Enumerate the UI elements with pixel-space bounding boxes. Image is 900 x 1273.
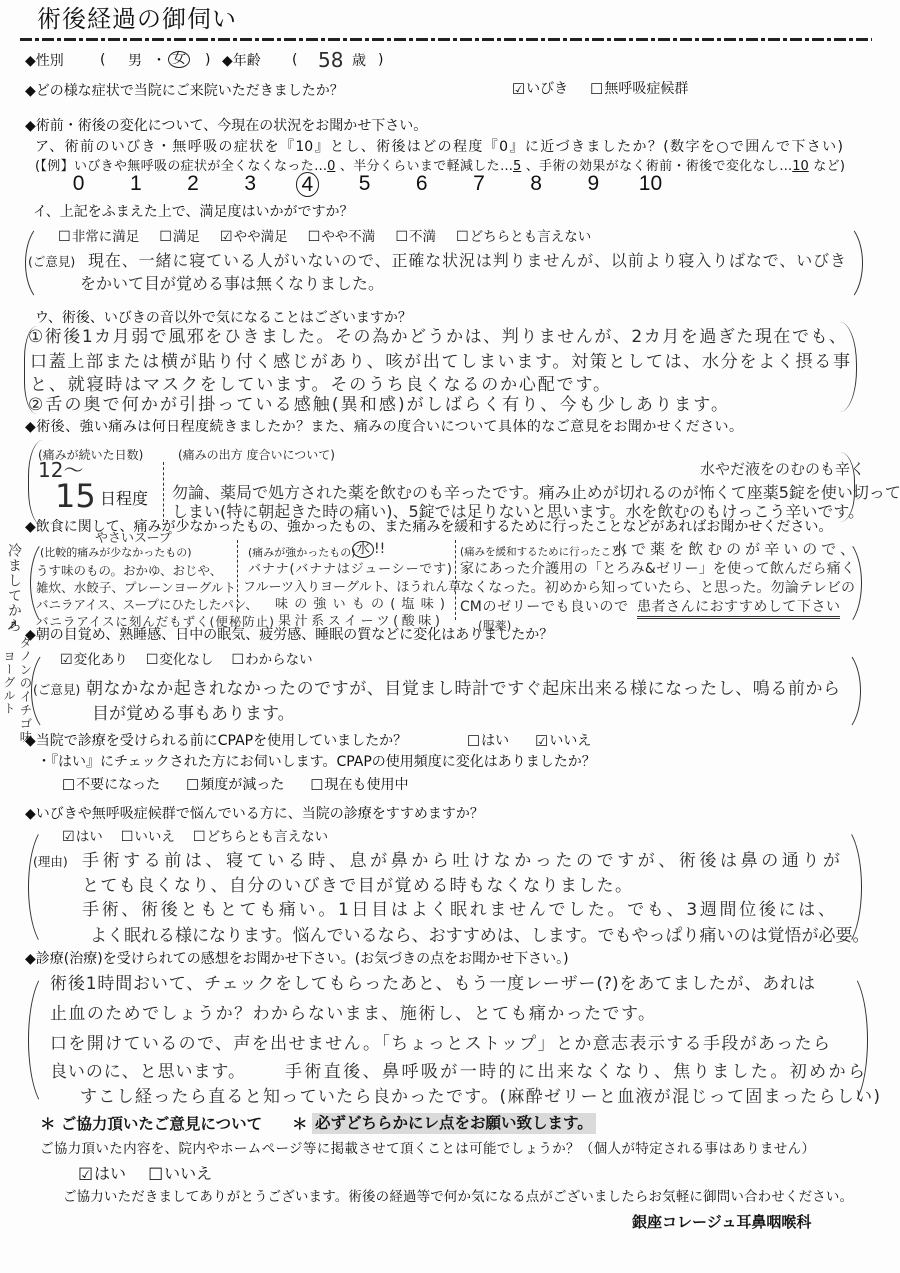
food-high-label: (痛みが強かったもの) [248,546,356,559]
age-label: ◆年齢 [222,53,261,70]
checkbox-icon[interactable]: ☐ [456,229,469,246]
concerns-answer-line: 口蓋上部または横が貼り付く感じがあり、咳が出てしまいます。対策としては、水分をよ… [30,352,850,372]
checkbox-icon[interactable]: ☐ [146,652,159,669]
food-column-divider [237,540,238,612]
option-label: はい [94,1164,126,1183]
food-relief-line: 水で薬を飲むのが辛いので、 [612,540,855,558]
option-label: 変化なし [159,652,213,668]
gender-option-female[interactable]: 女 [168,51,190,68]
change-heading: ◆術前・術後の変化について、今現在の状況をお聞かせ下さい。 [25,118,427,135]
checkbox-icon[interactable]: ☐ [186,777,199,795]
satisfaction-option-dissatisfied[interactable]: ☐不満 [395,229,436,246]
food-relief-label: (痛みを緩和するために行ったこと) [460,546,626,559]
checkbox-icon[interactable]: ☐ [231,652,244,669]
scale-option-4[interactable]: 4 [296,172,320,197]
age-paren-close: ) [378,52,383,69]
scale-option-1[interactable]: 1 [126,172,146,196]
checkbox-icon[interactable]: ☐ [121,829,134,846]
cpap-followup-options: ☐不要になった ☐頻度が減った ☐現在も使用中 [62,777,409,795]
satisfaction-opinion-label: (ご意見) [28,254,75,269]
option-label: やや満足 [234,229,288,245]
scale-option-3[interactable]: 3 [240,172,260,196]
symptom-question: ◆どの様な症状で当院にご来院いただきましたか？ [25,83,344,100]
impression-line: 止血のためでしょうか？わからないまま、施術し、とても痛かったです。 [50,1004,655,1024]
satisfaction-option-satisfied[interactable]: ☐満足 [159,229,200,246]
checkbox-checked-icon[interactable]: ☑ [535,733,548,751]
consent-question: ご協力頂いた内容を、院内やホームページ等に掲載させて頂くことは可能でしょうか？（… [40,1141,815,1157]
pain-question: ◆術後、強い痛みは何日程度続きましたか？また、痛みの度合いについて具体的なご意見… [25,419,743,436]
age-paren-open: ( [292,52,297,69]
option-label: 変化あり [74,652,128,668]
impression-line: 術後1時間おいて、チェックをしてもらったあと、もう一度レーザー(?)をあてました… [50,974,815,994]
scale-option-0[interactable]: 0 [69,172,89,196]
satisfaction-opinion-line: 現在、一緒に寝ている人がいないので、正確な状況は判りませんが、以前より寝入りばな… [88,251,846,270]
thanks-message: ご協力いただきましてありがとうございます。術後の経過等で何か気になる点がございま… [63,1189,853,1205]
checkbox-icon[interactable]: ☐ [395,229,408,246]
pain-detail-note: 水やだ液をのむのも辛く [700,460,865,478]
option-label: どちらとも言えない [470,229,592,245]
option-label: いいえ [164,1164,212,1183]
sleep-option-unknown[interactable]: ☐わからない [231,652,312,669]
option-label: 無呼吸症候群 [604,81,688,98]
cpap-option-yes[interactable]: ☐はい [467,733,509,751]
cpap-option-no[interactable]: ☑いいえ [535,733,591,751]
example-text: など) [809,159,845,174]
recommend-reason-label: (理由) [33,854,68,869]
example-value: 10 [792,159,809,174]
cpap-option-reduced[interactable]: ☐頻度が減った [186,777,284,795]
sleep-question: ◆朝の目覚め、熟睡感、日中の眠気、疲労感、睡眠の質などに変化はありましたか？ [25,627,553,644]
impression-line: すこし経ったら直ると知っていたら良かったです。(麻酔ゼリーと血液が混じって固まっ… [80,1087,880,1107]
gender-label: ◆性別 [25,53,64,70]
food-high-line: フルーツ入りヨーグルト、ほうれん草 [243,580,455,596]
checkbox-icon[interactable]: ☐ [148,1164,163,1184]
option-label: 不満 [409,229,436,245]
recommend-reason-line: 手術、術後ともとても痛い。1日目はよく眠れませんでした。でも、3週間位後には、 [82,900,835,920]
checkbox-icon[interactable]: ☐ [62,777,75,795]
cpap-followup-question: ・『はい』にチェックされた方にお伺いします。CPAPの使用頻度に変化はありました… [37,754,596,771]
consent-notice: 必ずどちらかにレ点をお願い致します。 [312,1113,596,1134]
consent-notice-mark: ＊ [292,1115,308,1134]
sleep-options: ☑変化あり ☐変化なし ☐わからない [60,652,313,669]
food-relief-recommendation: 患者さんにおすすめして下さい [637,599,840,619]
sleep-option-changed[interactable]: ☑変化あり [60,652,128,669]
checkbox-checked-icon[interactable]: ☑ [220,229,233,246]
questionnaire-page: 術後経過の御伺い ◆性別 ( 男 ・ 女 ) ◆年齢 ( 58 歳 ) ◆どの様… [0,0,900,1273]
food-high-emphasis: 水!! [352,541,385,558]
food-low-line: うす味のもの。おかゆ、おじや、 [36,563,216,578]
clinic-name: 銀座コレージュ耳鼻咽喉科 [632,1213,811,1231]
recommend-option-neutral[interactable]: ☐どちらとも言えない [193,829,328,846]
option-label: いいえ [134,829,175,845]
option-label: はい [76,829,103,845]
title-divider [20,38,872,41]
concerns-answer-line: ①術後1カ月弱で風邪をひきました。その為かどうかは、判りませんが、2カ月を過ぎた… [28,327,846,347]
consent-options: ☑はい ☐いいえ [78,1164,212,1184]
change-a-question: ア、術前のいびき・無呼吸の症状を『10』とし、術後はどの程度『0』に近づきました… [35,139,843,156]
food-high-emphasis-word: 水 [352,541,374,558]
option-label: 非常に満足 [72,229,140,245]
recommend-options: ☑はい ☐いいえ ☐どちらとも言えない [62,829,328,846]
impression-question: ◆診療(治療)を受けられての感想をお聞かせ下さい。(お気づきの点をお聞かせ下さい… [25,951,569,968]
checkbox-checked-icon[interactable]: ☑ [60,652,73,669]
consent-option-yes[interactable]: ☑はい [78,1164,126,1184]
scale-option-2[interactable]: 2 [183,172,203,196]
consent-heading: ＊ ご協力頂いたご意見について [40,1115,262,1134]
option-label: 現在も使用中 [325,777,409,794]
change-b-question: イ、上記をふまえた上で、満足度はいかがですか？ [33,204,353,221]
symptom-scale: 0 1 2 3 4 5 6 7 8 9 10 [50,172,679,197]
recommend-option-yes[interactable]: ☑はい [62,829,103,846]
food-relief-line: 家にあった介護用の「とろみ&ゼリー」を使って飲んだら痛く [460,561,855,578]
pain-days-unit: 日程度 [100,489,148,508]
change-c-question: ウ、術後、いびきの音以外で気になることはございますか？ [35,310,412,327]
checkbox-icon[interactable]: ☐ [58,229,71,246]
food-relief-line: CMのゼリーでも良いので [460,599,628,616]
scale-option-5[interactable]: 5 [355,172,375,196]
option-label: いいえ [549,733,591,750]
page-title: 術後経過の御伺い [37,5,237,34]
food-high-emphasis-suffix: !! [374,541,385,557]
food-low-note: やさいスープ [95,531,172,547]
checkbox-icon[interactable]: ☐ [159,229,172,246]
recommend-reason-line: よく眠れる様になります。悩んでいるなら、おすすめは、します。でもやっぱり痛いのは… [90,926,862,946]
recommend-question: ◆いびきや無呼吸症候群で悩んでいる方に、当院の診療をすすめますか？ [25,806,484,823]
age-unit: 歳 [352,53,366,70]
checkbox-icon[interactable]: ☐ [590,81,603,99]
checkbox-icon[interactable]: ☐ [308,229,321,246]
concerns-answer-line: ②舌の奥で何かが引掛っている感触(異和感)がしばらく有り、今も少しあります。 [28,395,728,415]
satisfaction-option-neutral[interactable]: ☐どちらとも言えない [456,229,591,246]
food-column-divider [455,540,456,620]
pain-column-divider [163,462,164,522]
food-low-line: バニラアイス、スープにひたしたパン、 [36,597,234,612]
option-label: はい [481,733,509,750]
recommend-option-no[interactable]: ☐いいえ [121,829,175,846]
option-label: やや不満 [321,229,375,245]
scale-option-8[interactable]: 8 [526,172,546,196]
sleep-opinion-line: 目が覚める事もあります。 [92,704,295,724]
food-high-line: 味の強いもの(塩味) [275,597,445,613]
satisfaction-option-somewhat-satisfied[interactable]: ☑やや満足 [220,229,288,246]
cpap-option-still-using[interactable]: ☐現在も使用中 [310,777,408,795]
option-label: わからない [245,652,313,668]
impression-line: 口を開けているので、声を出せません。「ちょっとストップ」とか意志表示する手段があ… [50,1034,830,1054]
checkbox-checked-icon[interactable]: ☑ [62,829,75,846]
option-label: どちらとも言えない [207,829,329,845]
concerns-answer-line: と、就寝時はマスクをしています。そのうち良くなるのか心配です。 [30,375,610,395]
recommend-reason-line: とても良くなり、自分のいびきで目が覚める時もなくなりました。 [82,876,632,896]
pain-detail-label: (痛みの出方 度合いについて) [178,448,335,462]
pain-days-to: 15 [55,477,96,515]
checkbox-checked-icon[interactable]: ☑ [512,81,525,99]
satisfaction-option-very-satisfied[interactable]: ☐非常に満足 [58,229,139,246]
food-high-line: バナナ(バナナはジューシーです) [248,562,452,578]
scale-option-7[interactable]: 7 [469,172,489,196]
symptom-option-apnea[interactable]: ☐無呼吸症候群 [590,81,688,99]
scale-option-6[interactable]: 6 [412,172,432,196]
option-label: 頻度が減った [200,777,284,794]
gender-option-male[interactable]: 男 [128,53,142,70]
checkbox-checked-icon[interactable]: ☑ [78,1164,93,1184]
satisfaction-opinion-line: をかいて目が覚める事は無くなりました。 [80,274,384,293]
checkbox-icon[interactable]: ☐ [193,829,206,846]
gender-paren-open: ( [100,52,105,69]
option-label: 不要になった [76,777,160,794]
sleep-option-unchanged[interactable]: ☐変化なし [146,652,214,669]
age-value[interactable]: 58 [318,48,343,72]
sleep-side-note: ヨーグルト [1,650,18,715]
food-low-label: (比較的痛みが少なかったもの) [40,546,192,559]
pain-detail-line: 勿論、薬局で処方された薬を飲むのも辛ったです。痛み止めが切れるのが怖くて座薬5錠… [172,483,887,502]
satisfaction-option-somewhat-dissatisfied[interactable]: ☐やや不満 [308,229,376,246]
symptom-option-snoring[interactable]: ☑いびき [512,81,568,99]
cpap-question: ◆当院で診療を受けられる前にCPAPを使用していましたか？ [25,733,407,750]
satisfaction-options: ☐非常に満足 ☐満足 ☑やや満足 ☐やや不満 ☐不満 ☐どちらとも言えない [58,229,591,246]
checkbox-icon[interactable]: ☐ [310,777,323,795]
cpap-option-unnecessary[interactable]: ☐不要になった [62,777,160,795]
sleep-opinion-line: 朝なかなか起きれなかったのですが、目覚まし時計ですぐ起床出来る様になったし、鳴る… [86,679,840,699]
option-label: いびき [526,81,568,98]
scale-option-10[interactable]: 10 [635,172,666,196]
consent-option-no[interactable]: ☐いいえ [148,1164,212,1184]
impression-line: 手術直後、鼻呼吸が一時的に出来なくなり、焦りました。初めから [285,1062,865,1082]
option-label: 満足 [173,229,200,245]
impression-line: 良いのに、と思います。 [50,1062,245,1082]
sleep-opinion-label: (ご意見) [33,682,80,697]
cpap-options: ☐はい ☑いいえ [467,733,591,751]
gender-paren-close: ) [205,52,210,69]
scale-option-9[interactable]: 9 [583,172,603,196]
food-relief-line: なくなった。初めから知っていたら、と思った。勿論テレビの [460,580,855,597]
recommend-reason-line: 手術する前は、寝ている時、息が鼻から吐けなかったのですが、術後は鼻の通りが [82,851,840,871]
symptom-options: ☑いびき ☐無呼吸症候群 [512,81,688,99]
checkbox-icon[interactable]: ☐ [467,733,480,751]
gender-separator: ・ [152,53,166,70]
food-low-line: 雑炊、水餃子、プレーンヨーグルト [36,580,236,595]
arrow-icon: ↗ [6,618,18,635]
